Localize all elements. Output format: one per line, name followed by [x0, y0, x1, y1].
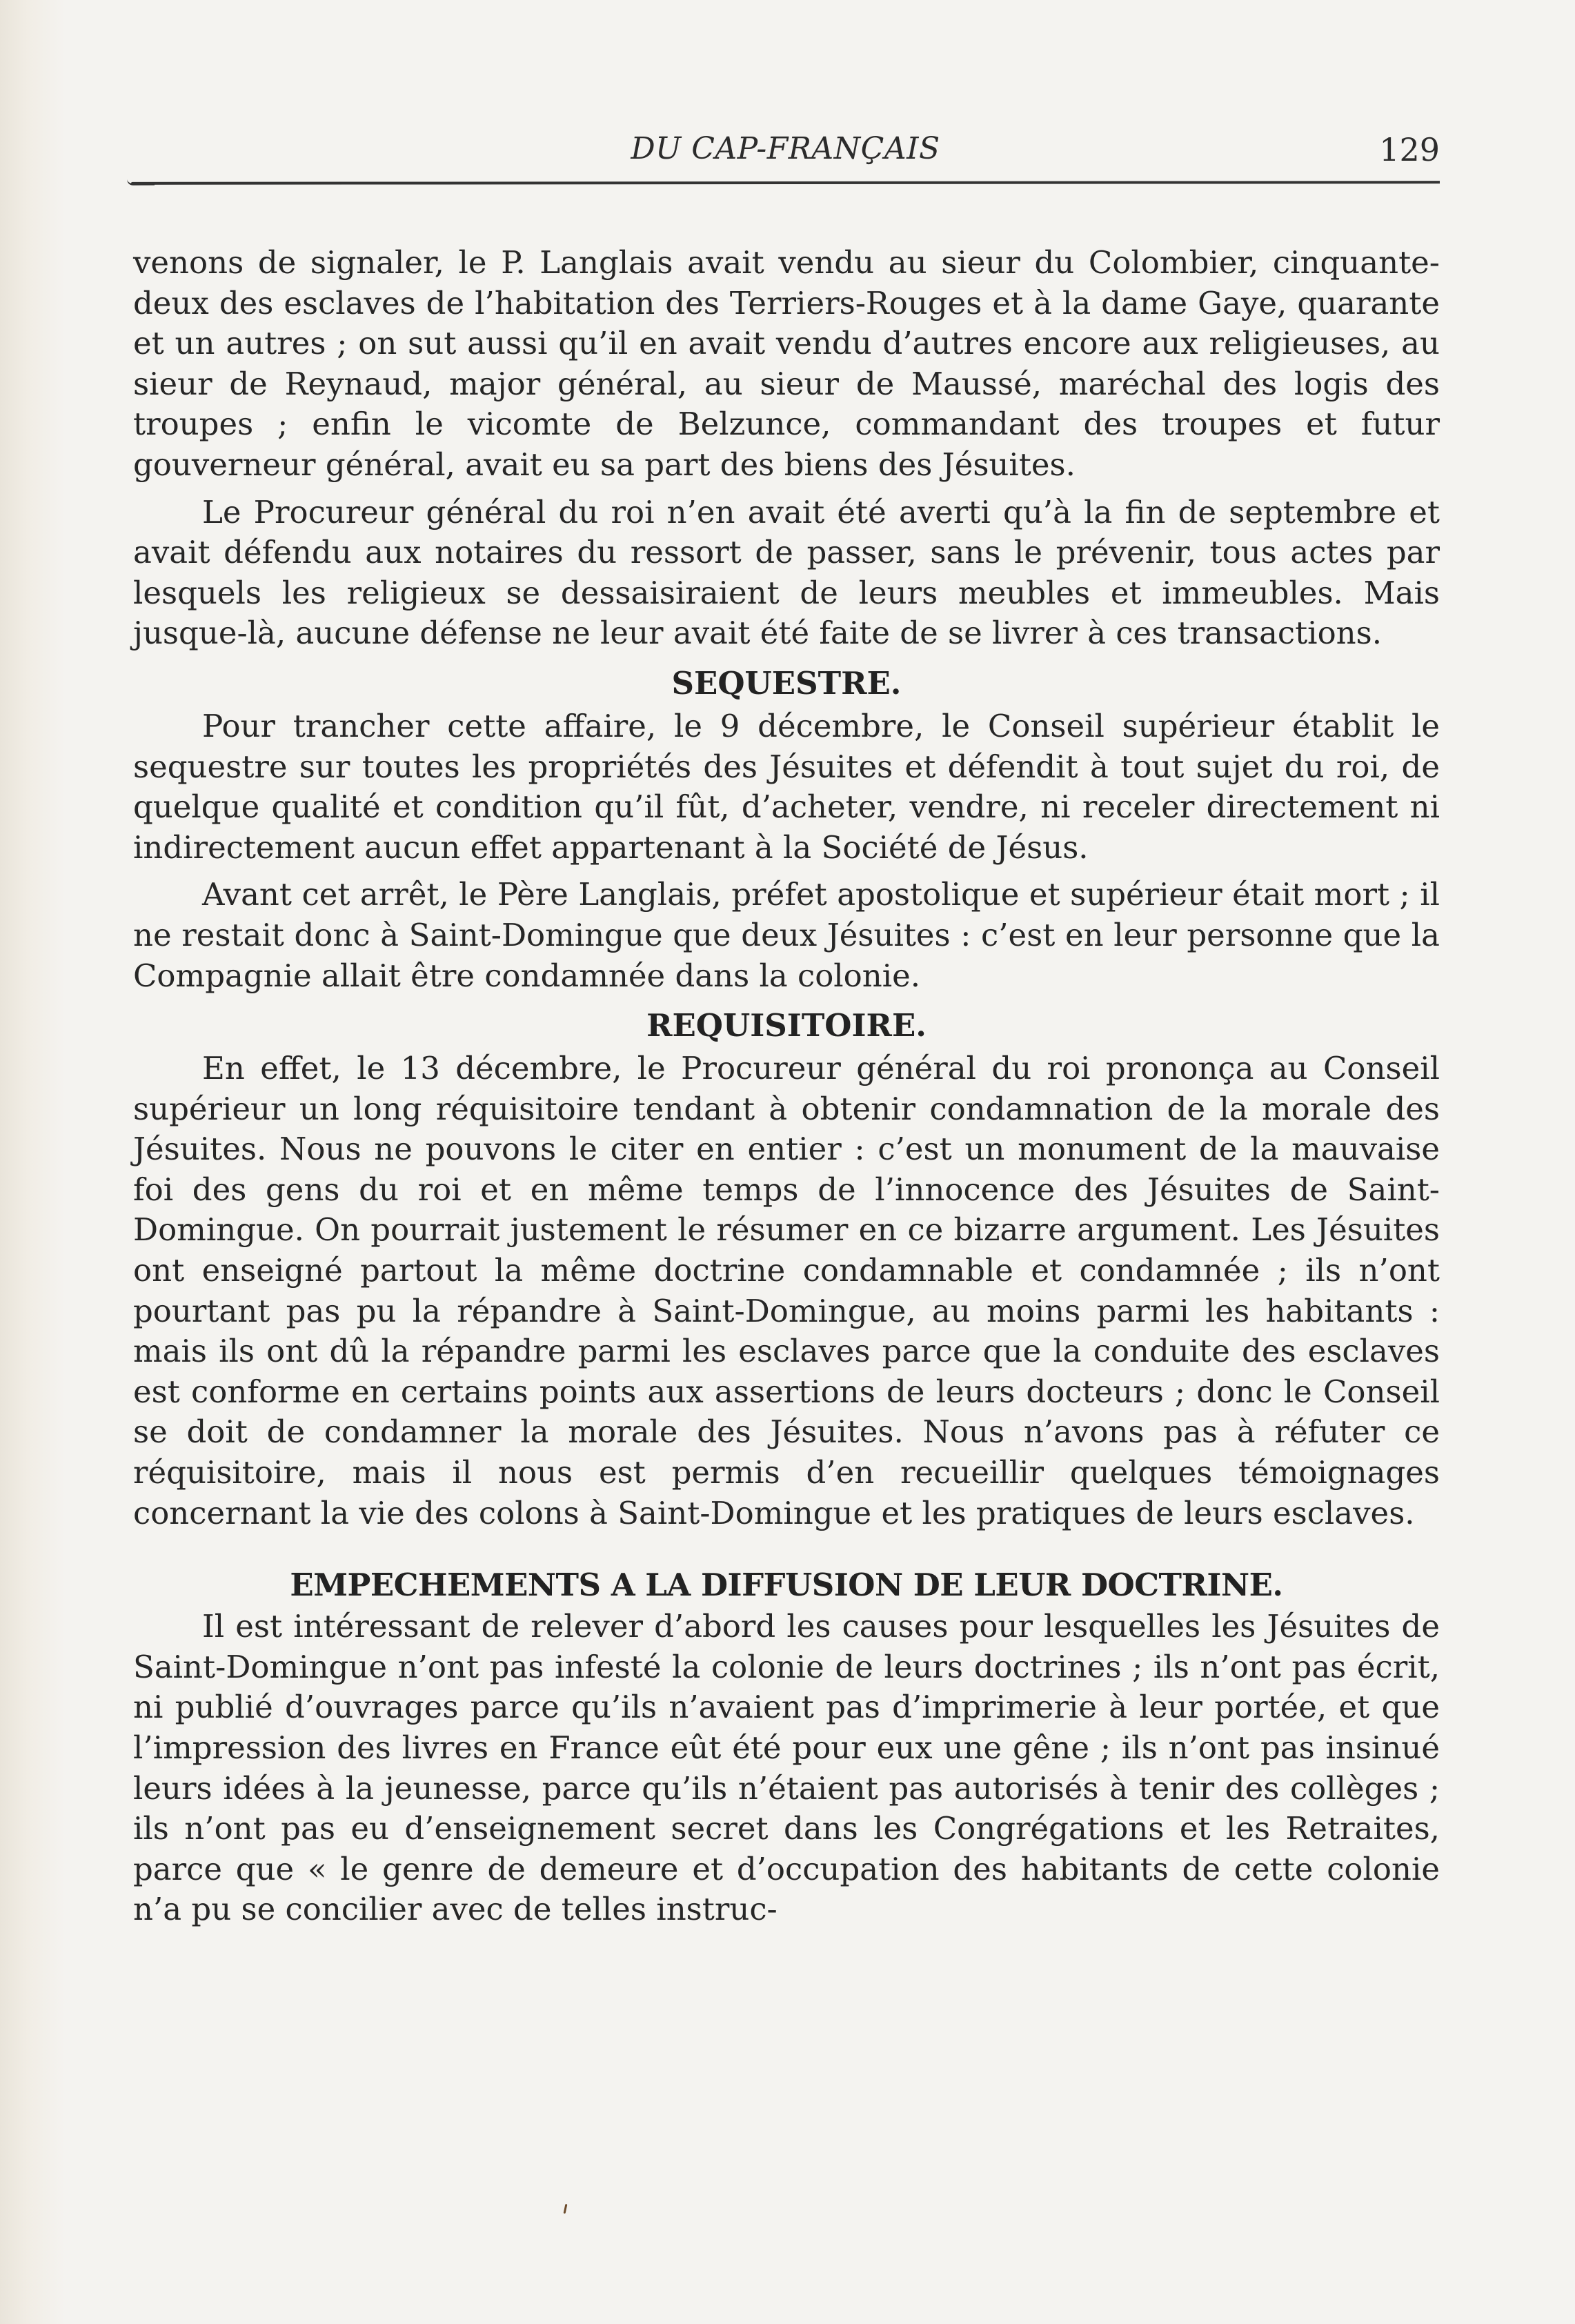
paper-speck	[564, 2204, 568, 2214]
page-edge-shadow	[0, 0, 66, 2324]
header-rule	[131, 181, 1440, 185]
page-number: 129	[1379, 131, 1440, 168]
body-text: venons de signaler, le P. Langlais avait…	[133, 243, 1440, 1930]
section-heading-sequestre: SEQUESTRE.	[133, 664, 1440, 704]
paragraph: Il est intéressant de relever d’abord le…	[133, 1607, 1440, 1930]
running-title: DU CAP-FRANÇAIS	[131, 131, 1440, 166]
paragraph: Avant cet arrêt, le Père Langlais, préfe…	[133, 875, 1440, 996]
paragraph: En effet, le 13 décembre, le Procureur g…	[133, 1049, 1440, 1533]
section-heading-empechements: EMPECHEMENTS A LA DIFFUSION DE LEUR DOCT…	[133, 1565, 1440, 1605]
running-header: DU CAP-FRANÇAIS 129	[131, 124, 1440, 179]
paragraph-continuation: venons de signaler, le P. Langlais avait…	[133, 243, 1440, 486]
section-heading-requisitoire: REQUISITOIRE.	[133, 1006, 1440, 1046]
paragraph: Le Procureur général du roi n’en avait é…	[133, 493, 1440, 654]
paragraph: Pour trancher cette affaire, le 9 décemb…	[133, 706, 1440, 868]
